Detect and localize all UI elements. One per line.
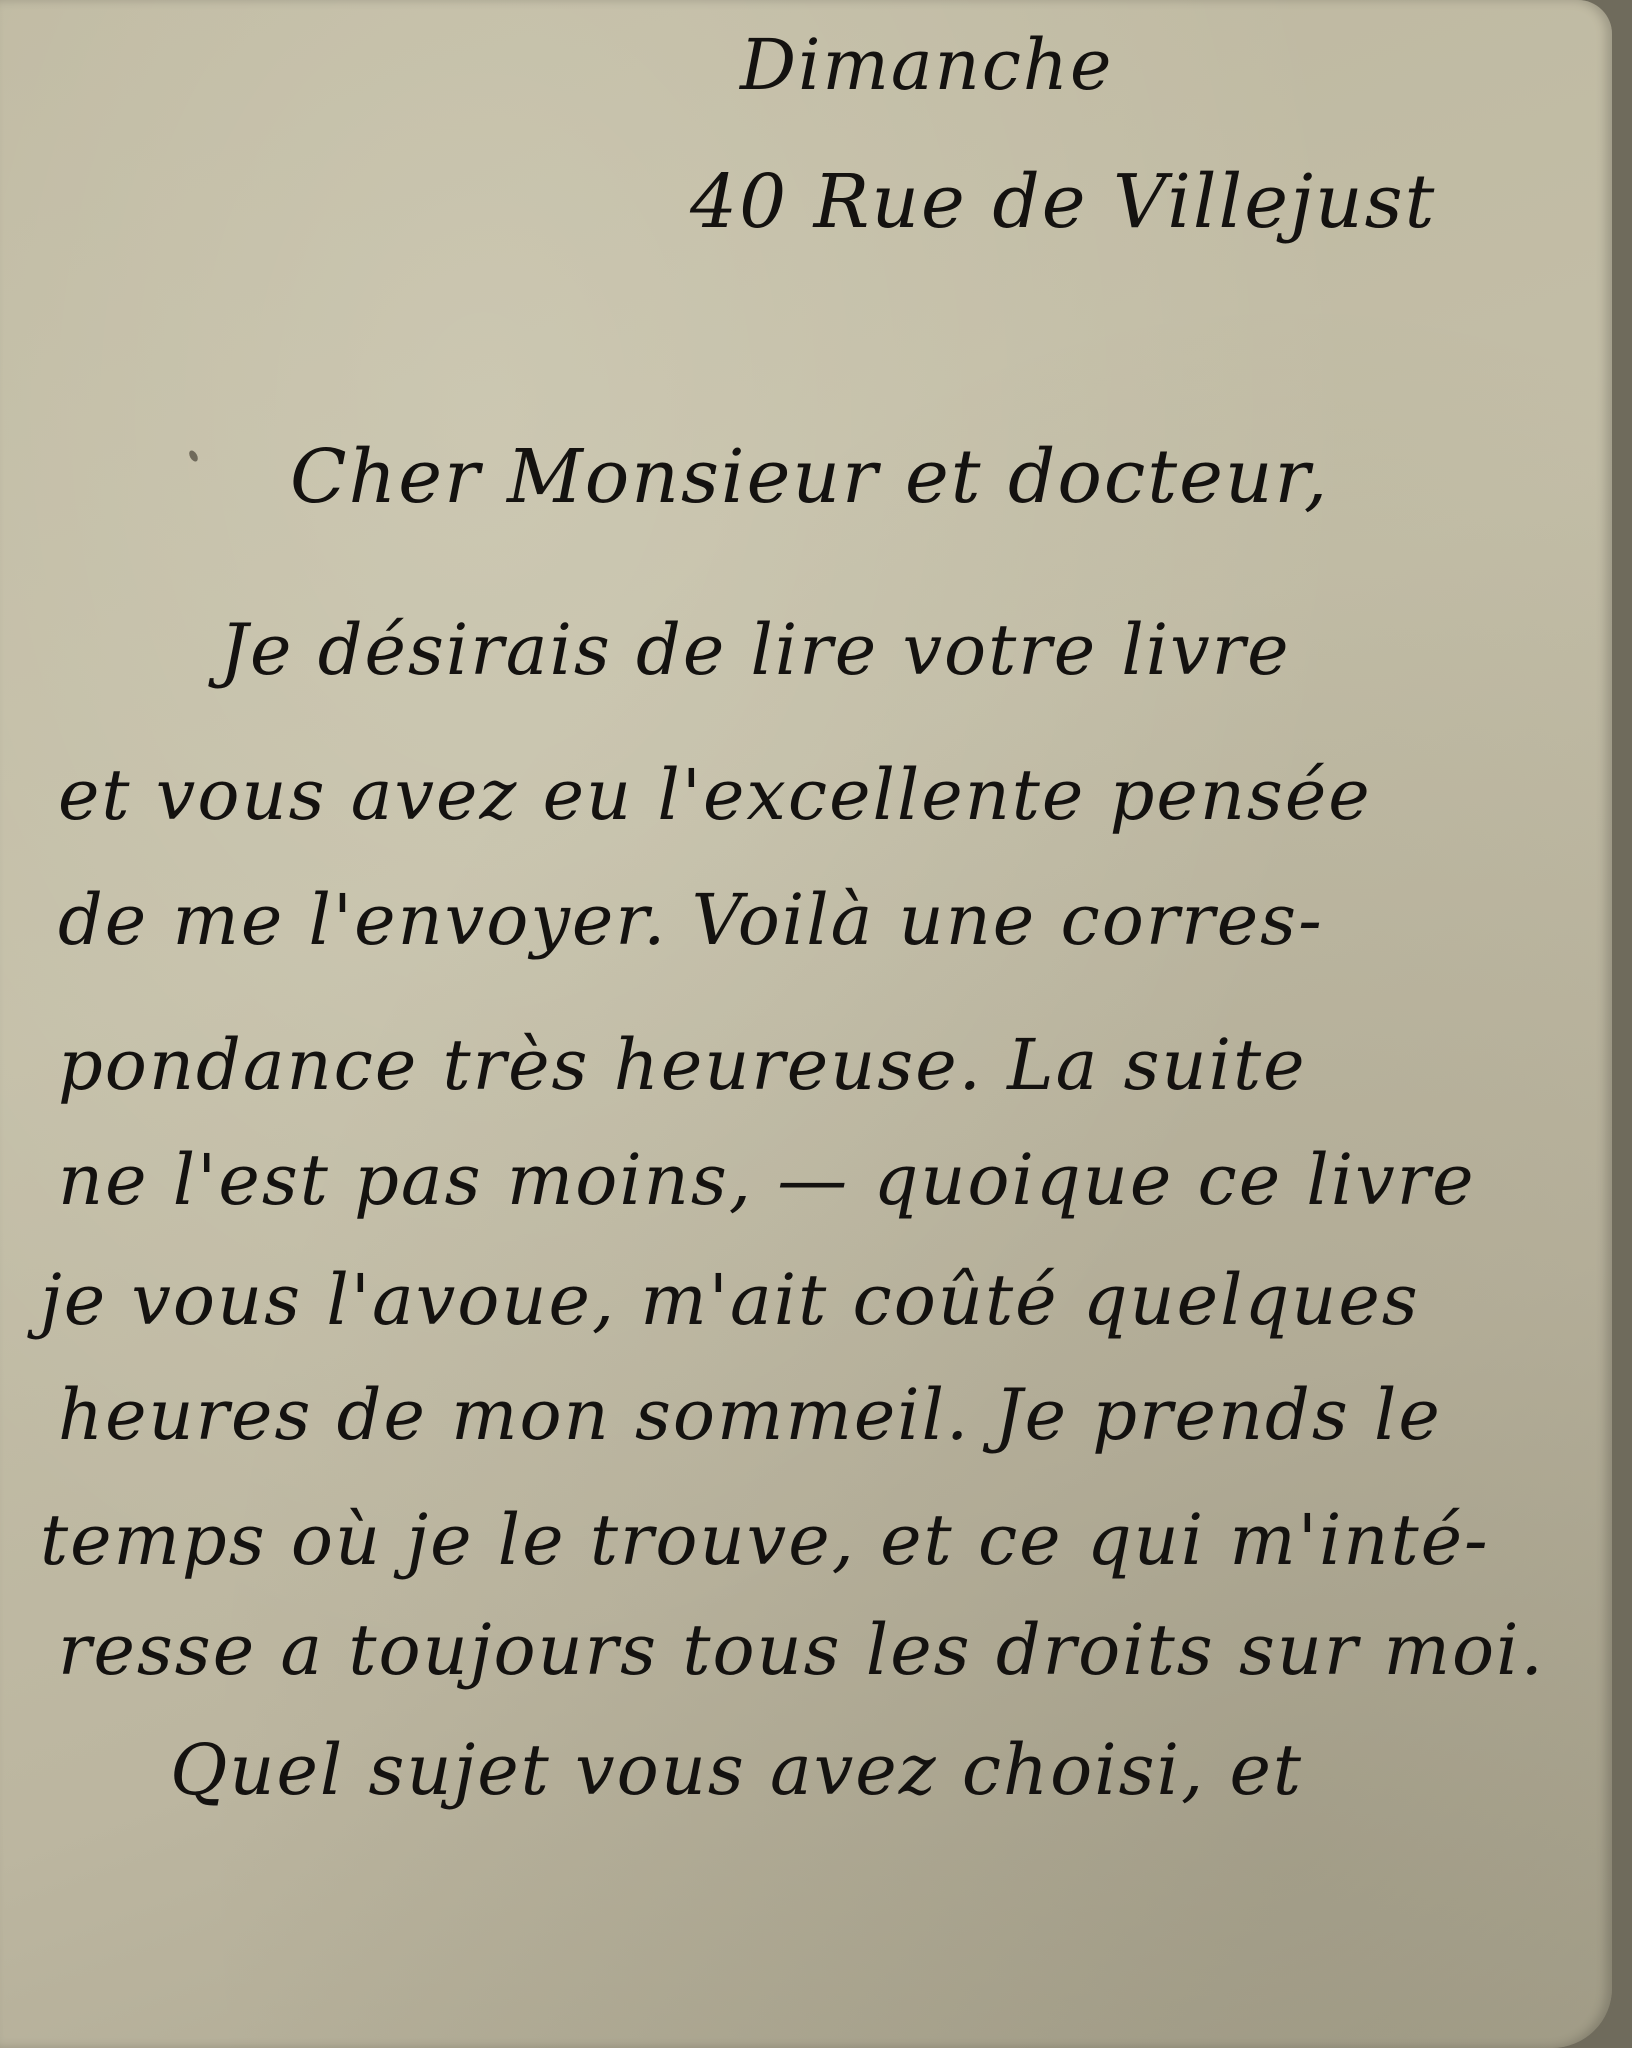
letter-line: je vous l'avoue, m'ait coûté quelques — [40, 1265, 1420, 1335]
letter-line: Quel sujet vous avez choisi, et — [170, 1735, 1303, 1805]
letter-line: temps où je le trouve, et ce qui m'inté- — [40, 1505, 1490, 1575]
letter-line: pondance très heureuse. La suite — [58, 1030, 1307, 1100]
letter-line: de me l'envoyer. Voilà une corres- — [58, 885, 1324, 955]
letter-address: 40 Rue de Villejust — [690, 165, 1436, 239]
letter-day: Dimanche — [740, 30, 1113, 100]
letter-line: resse a toujours tous les droits sur moi… — [58, 1615, 1545, 1685]
ink-smudge — [187, 449, 199, 463]
letter-line: Je désirais de lire votre livre — [220, 615, 1291, 685]
letter-line: ne l'est pas moins, — quoique ce livre — [58, 1145, 1476, 1215]
letter-salutation: Cher Monsieur et docteur, — [290, 440, 1329, 514]
letter-line: et vous avez eu l'excellente pensée — [58, 760, 1372, 830]
letter-paper: Dimanche 40 Rue de Villejust Cher Monsie… — [0, 0, 1612, 2048]
letter-line: heures de mon sommeil. Je prends le — [58, 1380, 1442, 1450]
